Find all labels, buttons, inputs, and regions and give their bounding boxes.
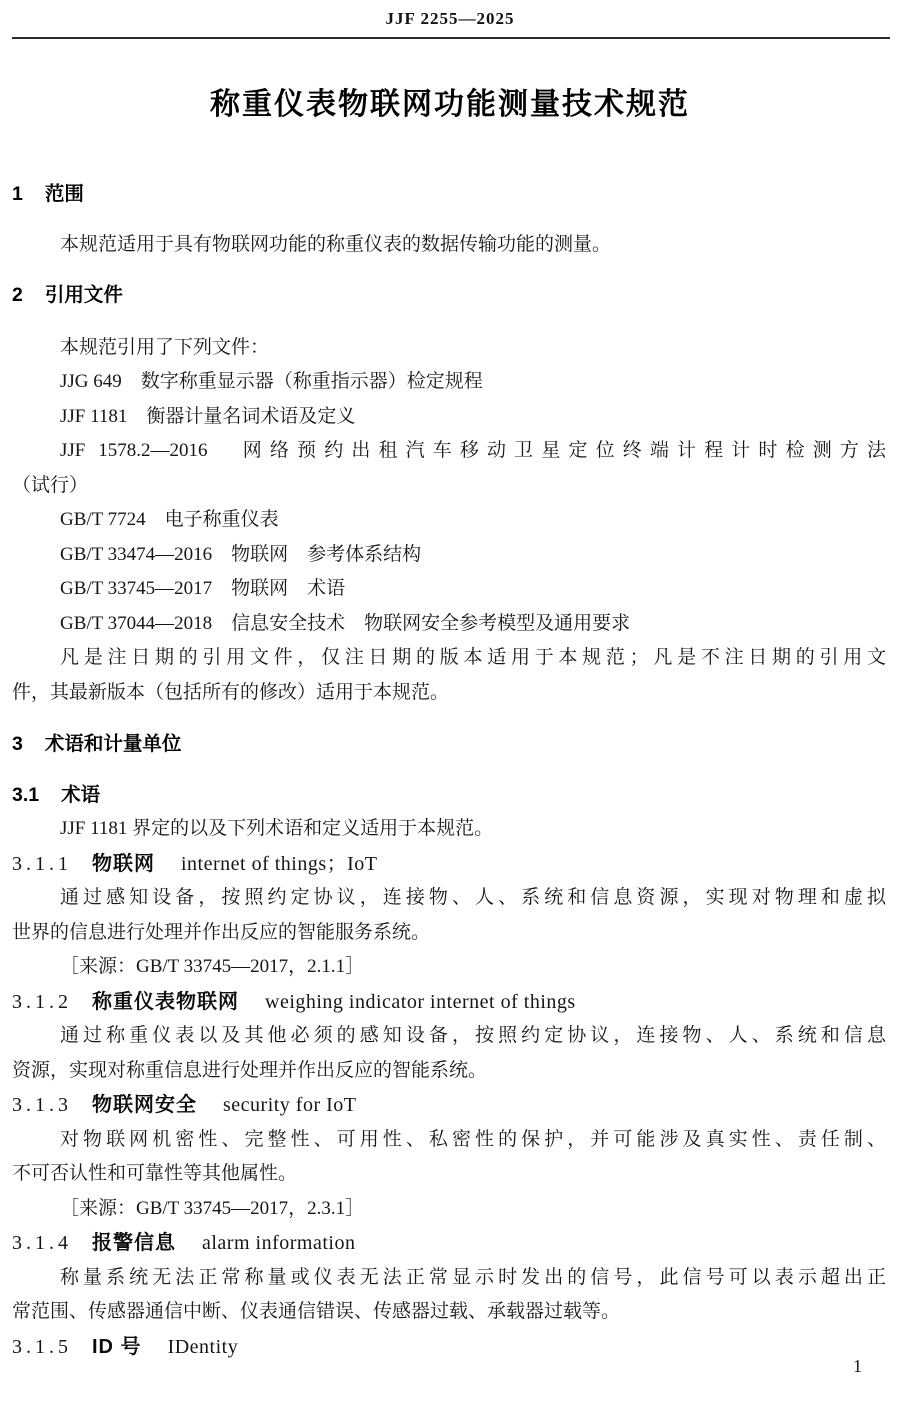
section-title: 范围 [45,183,84,205]
body-line: ［来源：GB/T 33745—2017，2.3.1］ [12,1192,886,1227]
term-name-zh: 称重仪表物联网 [92,991,239,1013]
header-rule [12,37,890,39]
term-name-en: security for IoT [223,1094,357,1116]
body-line: 通过感知设备，按照约定协议，连接物、人、系统和信息资源，实现对物理和虚拟 [12,881,886,916]
body-line: 本规范适用于具有物联网功能的称重仪表的数据传输功能的测量。 [12,228,886,263]
term-number: 3.1.2 [12,991,72,1013]
term-number: 3.1.5 [12,1336,72,1358]
page-number: 1 [853,1356,862,1377]
body-line: GB/T 33474—2016 物联网 参考体系结构 [12,538,886,573]
body-line: GB/T 7724 电子称重仪表 [12,503,886,538]
body-line: （试行） [12,469,886,504]
term-name-zh: 报警信息 [92,1232,176,1254]
body-line: 称量系统无法正常称量或仪表无法正常显示时发出的信号，此信号可以表示超出正 [12,1261,886,1296]
body-line: 通过称重仪表以及其他必须的感知设备，按照约定协议，连接物、人、系统和信息 [12,1019,886,1054]
body-line: JJF 1181 衡器计量名词术语及定义 [12,400,886,435]
term-name-en: alarm information [202,1232,355,1254]
body-line: JJG 649 数字称重显示器（称重指示器）检定规程 [12,365,886,400]
term-name-zh: 物联网 [92,853,155,875]
term-entry: 3.1.1物联网internet of things；IoT [12,847,886,882]
term-entry: 3.1.2称重仪表物联网weighing indicator internet … [12,985,886,1020]
term-entry: 3.1.4报警信息alarm information [12,1226,886,1261]
section-title: 术语 [61,784,100,806]
body-line: GB/T 33745—2017 物联网 术语 [12,572,886,607]
body-line: 常范围、传感器通信中断、仪表通信错误、传感器过载、承载器过载等。 [12,1295,886,1330]
body-line: JJF 1578.2—2016 网络预约出租汽车移动卫星定位终端计程计时检测方法 [12,434,886,469]
document-body: 1范围本规范适用于具有物联网功能的称重仪表的数据传输功能的测量。2引用文件本规范… [0,177,900,1364]
term-number: 3.1.4 [12,1232,72,1254]
term-entry: 3.1.5ID 号IDentity [12,1330,886,1365]
section-heading: 3术语和计量单位 [12,727,886,762]
section-number: 1 [12,183,23,205]
term-name-en: IDentity [168,1336,239,1358]
body-line: 对物联网机密性、完整性、可用性、私密性的保护，并可能涉及真实性、责任制、 [12,1123,886,1158]
term-number: 3.1.1 [12,853,72,875]
body-line: JJF 1181 界定的以及下列术语和定义适用于本规范。 [12,812,886,847]
section-heading: 1范围 [12,177,886,212]
body-line: 资源，实现对称重信息进行处理并作出反应的智能系统。 [12,1054,886,1089]
term-name-en: internet of things；IoT [181,853,378,875]
body-line: GB/T 37044—2018 信息安全技术 物联网安全参考模型及通用要求 [12,607,886,642]
section-number: 3 [12,733,23,755]
section-number: 2 [12,284,23,306]
body-line: 件，其最新版本（包括所有的修改）适用于本规范。 [12,676,886,711]
term-entry: 3.1.3物联网安全security for IoT [12,1088,886,1123]
term-name-zh: ID 号 [92,1336,142,1358]
section-number: 3.1 [12,784,39,806]
section-title: 术语和计量单位 [45,733,182,755]
section-title: 引用文件 [45,284,123,306]
term-name-en: weighing indicator internet of things [265,991,576,1013]
section-heading: 3.1术语 [12,778,886,813]
document-page: { "page": { "header_code": "JJF 2255—202… [0,0,900,1410]
document-title: 称重仪表物联网功能测量技术规范 [0,83,900,127]
body-line: 不可否认性和可靠性等其他属性。 [12,1157,886,1192]
term-name-zh: 物联网安全 [92,1094,197,1116]
body-line: ［来源：GB/T 33745—2017，2.1.1］ [12,950,886,985]
body-line: 凡是注日期的引用文件，仅注日期的版本适用于本规范；凡是不注日期的引用文 [12,641,886,676]
body-line: 世界的信息进行处理并作出反应的智能服务系统。 [12,916,886,951]
term-number: 3.1.3 [12,1094,72,1116]
section-heading: 2引用文件 [12,278,886,313]
body-line: 本规范引用了下列文件： [12,331,886,366]
page-header-code: JJF 2255—2025 [0,0,900,30]
